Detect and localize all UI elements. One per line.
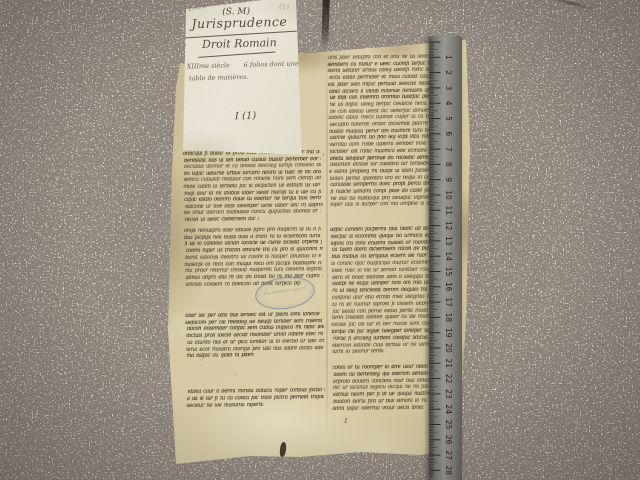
photo-grain	[0, 0, 640, 480]
archival-photo: 1898 (1) ordicqui fi busur ib prois estā…	[0, 0, 640, 480]
